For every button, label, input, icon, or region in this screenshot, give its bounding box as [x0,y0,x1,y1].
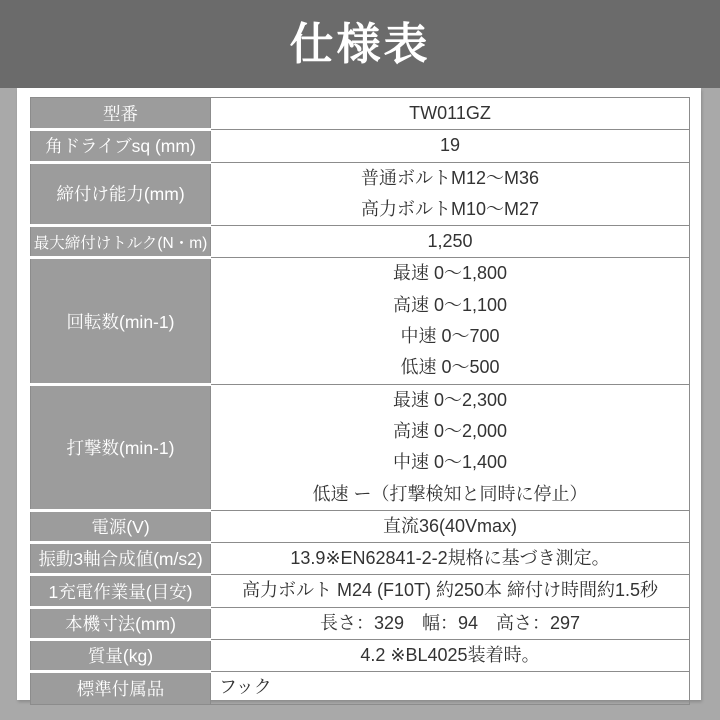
value-line: 最速 0〜1,800 [211,258,689,289]
row-label: 回転数(min-1) [31,258,211,384]
value-line: 19 [211,130,689,161]
row-label: 本機寸法(mm) [31,607,211,639]
value-line: 低速 0〜500 [211,352,689,383]
table-row: 回転数(min-1)最速 0〜1,800高速 0〜1,100中速 0〜700低速… [31,258,690,384]
value-line: 4.2 ※BL4025装着時。 [211,640,689,671]
value-line: 直流36(40Vmax) [211,511,689,542]
table-row: 型番TW011GZ [31,98,690,130]
spec-panel: 型番TW011GZ角ドライブsq (mm)19締付け能力(mm)普通ボルトM12… [17,88,701,700]
value-line: 高力ボルト M24 (F10T) 約250本 締付け時間約1.5秒 [211,575,689,606]
row-value: 4.2 ※BL4025装着時。 [211,640,690,672]
value-line: 13.9※EN62841-2-2規格に基づき測定。 [211,543,689,574]
row-label: 締付け能力(mm) [31,162,211,226]
row-value: 長さ：329 幅：94 高さ：297 [211,607,690,639]
value-line: 長さ：329 幅：94 高さ：297 [211,608,689,639]
title-band: 仕様表 [0,0,720,88]
value-line: 高力ボルトM10〜M27 [211,194,689,225]
table-row: 電源(V)直流36(40Vmax) [31,510,690,542]
table-row: 本機寸法(mm)長さ：329 幅：94 高さ：297 [31,607,690,639]
table-row: 質量(kg)4.2 ※BL4025装着時。 [31,640,690,672]
value-line: フック [211,672,689,703]
row-label: 標準付属品 [31,672,211,704]
row-label: 角ドライブsq (mm) [31,130,211,162]
row-label: 振動3軸合成値(m/s2) [31,543,211,575]
row-label: 最大締付けトルク(N・m) [31,226,211,258]
value-line: 中速 0〜700 [211,321,689,352]
table-row: 打撃数(min-1)最速 0〜2,300高速 0〜2,000中速 0〜1,400… [31,384,690,510]
value-line: 低速 ー（打撃検知と同時に停止） [211,479,689,510]
row-value: 13.9※EN62841-2-2規格に基づき測定。 [211,543,690,575]
row-label: 電源(V) [31,510,211,542]
value-line: 高速 0〜1,100 [211,290,689,321]
table-row: 角ドライブsq (mm)19 [31,130,690,162]
spec-table: 型番TW011GZ角ドライブsq (mm)19締付け能力(mm)普通ボルトM12… [30,97,690,705]
spec-table-body: 型番TW011GZ角ドライブsq (mm)19締付け能力(mm)普通ボルトM12… [31,98,690,705]
row-value: TW011GZ [211,98,690,130]
row-label: 型番 [31,98,211,130]
row-value: 最速 0〜1,800高速 0〜1,100中速 0〜700低速 0〜500 [211,258,690,384]
table-row: 1充電作業量(目安)高力ボルト M24 (F10T) 約250本 締付け時間約1… [31,575,690,607]
row-label: 打撃数(min-1) [31,384,211,510]
table-row: 標準付属品フック [31,672,690,704]
row-value: 19 [211,130,690,162]
row-value: 最速 0〜2,300高速 0〜2,000中速 0〜1,400低速 ー（打撃検知と… [211,384,690,510]
value-line: 最速 0〜2,300 [211,385,689,416]
row-value: フック [211,672,690,704]
row-label: 1充電作業量(目安) [31,575,211,607]
table-row: 締付け能力(mm)普通ボルトM12〜M36高力ボルトM10〜M27 [31,162,690,226]
row-value: 普通ボルトM12〜M36高力ボルトM10〜M27 [211,162,690,226]
value-line: 1,250 [211,226,689,257]
row-value: 1,250 [211,226,690,258]
value-line: 高速 0〜2,000 [211,416,689,447]
table-row: 最大締付けトルク(N・m)1,250 [31,226,690,258]
value-line: 中速 0〜1,400 [211,447,689,478]
page-title: 仕様表 [290,21,431,67]
row-value: 高力ボルト M24 (F10T) 約250本 締付け時間約1.5秒 [211,575,690,607]
row-value: 直流36(40Vmax) [211,510,690,542]
value-line: 普通ボルトM12〜M36 [211,163,689,194]
value-line: TW011GZ [211,98,689,129]
table-row: 振動3軸合成値(m/s2)13.9※EN62841-2-2規格に基づき測定。 [31,543,690,575]
row-label: 質量(kg) [31,640,211,672]
